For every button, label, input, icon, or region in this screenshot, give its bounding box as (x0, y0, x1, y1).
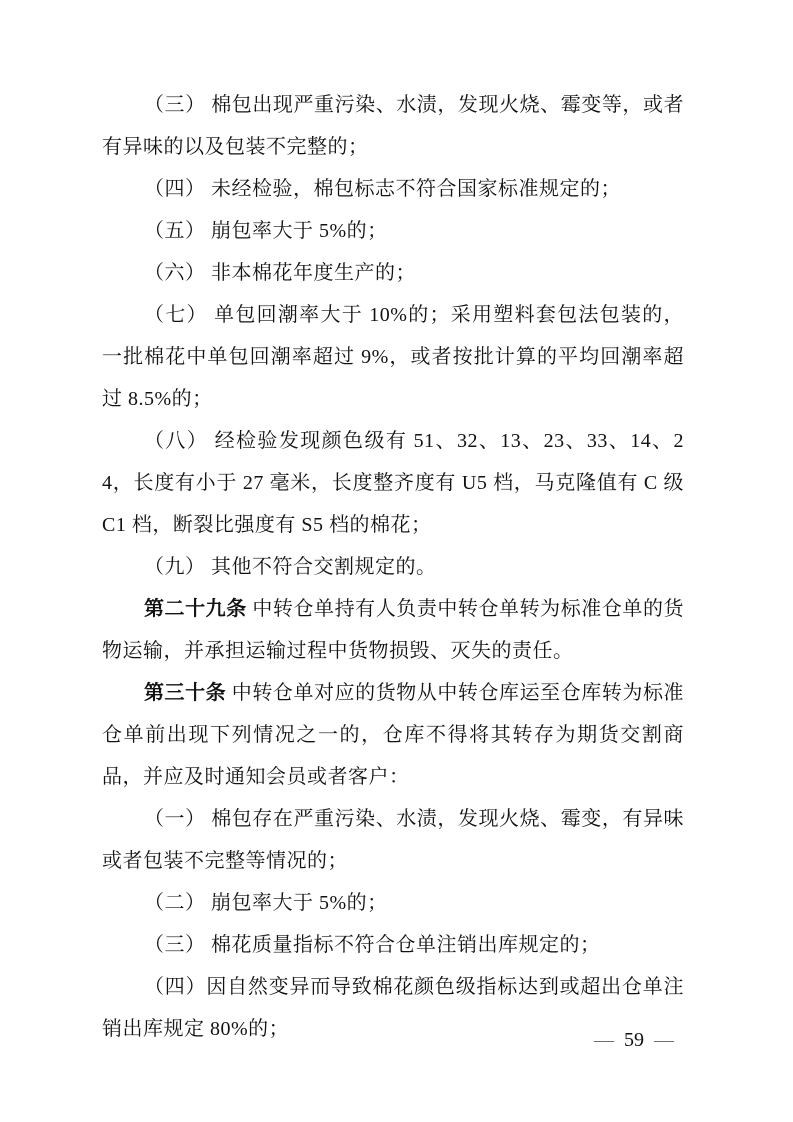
article-29-number: 第二十九条 (144, 598, 247, 620)
clause-item-5: （五） 崩包率大于 5%的； (102, 210, 684, 252)
clause-item-7: （七） 单包回潮率大于 10%的；采用塑料套包法包装的，一批棉花中单包回潮率超过… (102, 294, 684, 420)
clause-item-4: （四） 未经检验，棉包标志不符合国家标准规定的； (102, 168, 684, 210)
document-page: （三） 棉包出现严重污染、水渍，发现火烧、霉变等，或者有异味的以及包装不完整的；… (0, 0, 793, 1122)
footer-right-dash: — (654, 1029, 674, 1051)
page-number-footer: —59— (594, 1026, 674, 1054)
article-30-number: 第三十条 (144, 682, 226, 704)
article-30-paragraph: 第三十条 中转仓单对应的货物从中转仓库运至仓库转为标准仓单前出现下列情况之一的，… (102, 672, 684, 798)
clause-item-3b: （三） 棉花质量指标不符合仓单注销出库规定的； (102, 924, 684, 966)
article-29-paragraph: 第二十九条 中转仓单持有人负责中转仓单转为标准仓单的货物运输，并承担运输过程中货… (102, 588, 684, 672)
document-body: （三） 棉包出现严重污染、水渍，发现火烧、霉变等，或者有异味的以及包装不完整的；… (102, 84, 684, 1050)
clause-item-9: （九） 其他不符合交割规定的。 (102, 546, 684, 588)
clause-item-3: （三） 棉包出现严重污染、水渍，发现火烧、霉变等，或者有异味的以及包装不完整的； (102, 84, 684, 168)
clause-item-1: （一） 棉包存在严重污染、水渍，发现火烧、霉变，有异味或者包装不完整等情况的； (102, 798, 684, 882)
page-number: 59 (614, 1029, 654, 1051)
footer-left-dash: — (594, 1029, 614, 1051)
clause-item-6: （六） 非本棉花年度生产的； (102, 252, 684, 294)
clause-item-2: （二） 崩包率大于 5%的； (102, 882, 684, 924)
clause-item-8: （八） 经检验发现颜色级有 51、32、13、23、33、14、24，长度有小于… (102, 420, 684, 546)
